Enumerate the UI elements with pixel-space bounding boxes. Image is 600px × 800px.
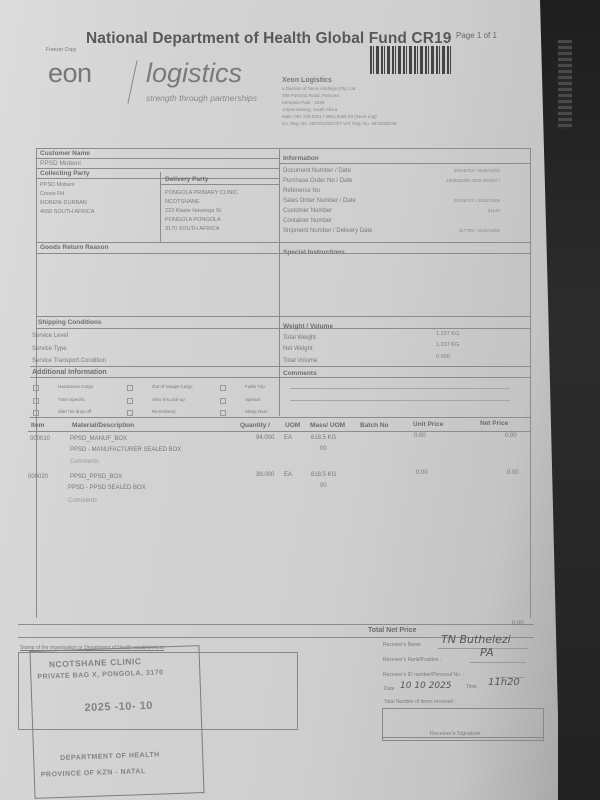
- info-label: Customer Number: [283, 208, 332, 214]
- info-label: Document Number / Date: [283, 168, 351, 174]
- item-comments: Comments: [70, 459, 99, 465]
- item-material: PPSD_PPSD_BOX: [70, 474, 122, 480]
- item-uom: EA: [284, 472, 292, 478]
- info-value: 317709 / 2025/10/08: [459, 228, 500, 233]
- receiver-rank-value: PA: [480, 646, 494, 659]
- item-unit-price: 0.00: [416, 470, 428, 476]
- delivery-note-document: National Department of Health Global Fun…: [0, 0, 558, 800]
- info-value: 40106747 / 2025/10/08: [454, 198, 500, 203]
- barcode: [370, 46, 453, 74]
- information-header: Information: [283, 155, 319, 162]
- item-mass-cont: 00: [320, 483, 327, 489]
- option-label: Hazardous Cargo: [58, 384, 93, 389]
- company-line: 308 Pomona Road, Pomona: [282, 92, 396, 99]
- receiver-rank-label: Receiver's Rank/Position :: [383, 657, 441, 663]
- column-header-unit-price: Unit Price: [413, 421, 443, 428]
- page-indicator: Page 1 of 1: [456, 31, 497, 40]
- checkbox-sleep-over[interactable]: [220, 410, 226, 416]
- weight-value: 1.237 KG: [436, 342, 459, 348]
- item-uom: EA: [284, 435, 292, 441]
- logo-tagline: strength through partnerships: [146, 93, 257, 103]
- shipping-label: Service Type: [32, 346, 67, 352]
- receiver-rank-field[interactable]: [470, 662, 526, 663]
- delivery-party-line: PONGOLA PRIMARY CLINIC: [165, 190, 238, 196]
- weight-value: 0.000: [436, 354, 450, 360]
- divider: [36, 178, 279, 179]
- weight-label: Total Weight: [283, 335, 316, 341]
- collecting-party-line: MOBENI-DURBAN: [40, 200, 87, 206]
- date-value: 10 10 2025: [400, 681, 452, 691]
- divider: [36, 316, 530, 317]
- item-quantity: 94.000: [256, 435, 274, 441]
- goods-return-reason-header: Goods Return Reason: [40, 244, 109, 251]
- info-label: Sales Order Number / Date: [283, 198, 356, 204]
- stamp-line: DEPARTMENT OF HEALTH: [60, 752, 160, 762]
- checkbox-special[interactable]: [220, 398, 226, 404]
- items-received-label: Total Number of items received :: [384, 699, 456, 705]
- option-label: Out of Gauge Cargo: [152, 384, 193, 389]
- divider: [36, 148, 530, 149]
- checkbox-re-delivery[interactable]: [127, 410, 133, 416]
- weight-value: 1.237 KG: [436, 331, 459, 337]
- delivery-party-header: Delivery Party: [165, 176, 208, 183]
- company-line: Co. Reg. No. 2007/012037/07 VAT Reg. No.…: [282, 120, 396, 127]
- company-name: Xeon Logistics: [282, 76, 396, 85]
- copy-label: Freezer Copy: [46, 47, 76, 53]
- weight-label: Total Volume: [283, 358, 317, 364]
- info-value: 80116723 / 2025/10/03: [454, 168, 500, 173]
- collecting-party-line: 4060 SOUTH AFRICA: [40, 209, 94, 215]
- delivery-party-line: 3170 SOUTH AFRICA: [165, 226, 219, 232]
- item-net-price: 0.00: [507, 470, 519, 476]
- divider: [160, 184, 279, 185]
- divider: [36, 148, 37, 618]
- column-header-batch: Batch No: [360, 422, 389, 429]
- info-label: Shipment Number / Delivery Date: [283, 228, 372, 234]
- divider: [28, 431, 530, 432]
- delivery-party-line: PONGOLA PONGOLA: [165, 217, 221, 223]
- logo-text: eon: [48, 58, 92, 89]
- comments-header: Comments: [283, 370, 317, 377]
- item-mass-cont: 00: [320, 446, 327, 452]
- time-value: 11h20: [488, 677, 520, 688]
- checkbox-out-of-gauge-cargo[interactable]: [127, 385, 133, 391]
- stamp-line: 2025 -10- 10: [84, 700, 153, 714]
- info-value: 1005535/59 2025 /08/087 /: [446, 178, 500, 183]
- checkbox-time-specific[interactable]: [33, 398, 39, 404]
- item-number: 000020: [28, 474, 48, 480]
- weight-volume-header: Weight / Volume: [283, 323, 333, 330]
- delivery-party-line: NCOTSHANE: [165, 199, 200, 205]
- divider: [279, 148, 280, 416]
- item-unit-price: 0.00: [414, 433, 426, 439]
- shipping-label: Service Transport Condition: [32, 358, 106, 364]
- delivery-party-line: 223 Klasie Havenga St: [165, 208, 221, 214]
- item-material: PPSD_MANUF_BOX: [70, 436, 127, 442]
- divider: [530, 148, 531, 618]
- divider: [279, 163, 530, 164]
- receiver-name-value: TN Buthelezi: [441, 633, 511, 646]
- option-label: After hrs pick-up: [152, 397, 185, 402]
- collecting-party-line: PPSD Mobeni: [40, 182, 75, 188]
- item-description: PPSD - MANUFACTURER SEALED BOX: [70, 447, 181, 453]
- time-label: Time: [466, 684, 477, 690]
- receiver-signature-label: Receiver's Signature: [430, 731, 481, 737]
- divider: [18, 624, 534, 625]
- logo-divider: [127, 60, 137, 103]
- option-label: after hrs drop-off: [58, 409, 91, 414]
- company-line: Kempton Park - 1629: [282, 99, 396, 106]
- info-label: Purchase Order No / Date: [283, 178, 352, 184]
- divider: [36, 168, 279, 169]
- total-net-price-value: 0.00: [512, 621, 524, 627]
- customer-name-value: PPSD Mobeni: [40, 160, 81, 167]
- stamp-line: PROVINCE OF KZN - NATAL: [41, 768, 146, 779]
- checkbox-hazardous-cargo[interactable]: [33, 385, 39, 391]
- divider: [30, 366, 530, 367]
- date-label: Date: [384, 686, 395, 692]
- info-value: 51140: [488, 208, 500, 213]
- collecting-party-line: Crews Rd: [40, 191, 64, 197]
- logo-subtext: logistics: [146, 58, 242, 89]
- company-line: Johannesburg, South Africa: [282, 106, 396, 113]
- additional-information-header: Additional Information: [32, 369, 107, 376]
- option-label: Re-Delivery: [152, 409, 176, 414]
- divider: [36, 242, 530, 243]
- info-label: Reference No: [283, 188, 320, 194]
- column-header-quantity: Quantity /: [240, 422, 270, 429]
- divider: [30, 377, 530, 378]
- stamp-line: NCOTSHANE CLINIC: [49, 656, 142, 669]
- item-comments: Comments: [68, 498, 97, 504]
- checkbox-after-hrs-pickup[interactable]: [127, 398, 133, 404]
- item-mass: 618.5 KG: [311, 435, 336, 441]
- divider: [160, 172, 161, 242]
- item-description: PPSD - PPSD SEALED BOX: [68, 485, 146, 491]
- divider: [30, 417, 530, 418]
- item-net-price: 0.00: [505, 433, 517, 439]
- shipping-conditions-header: Shipping Conditions: [38, 319, 102, 326]
- clinic-stamp: NCOTSHANE CLINIC PRIVATE BAG X, PONGOLA,…: [29, 645, 204, 799]
- comment-line: [290, 388, 510, 389]
- stamp-line: PRIVATE BAG X, PONGOLA, 3170: [37, 669, 163, 680]
- item-mass: 618.5 KG: [311, 472, 336, 478]
- info-label: Container Number: [283, 218, 332, 224]
- column-header-mass: Mass/ UOM: [310, 422, 345, 429]
- column-header-material: Material/Description: [72, 422, 134, 429]
- item-quantity: 39.000: [256, 472, 274, 478]
- receiver-name-label: Receiver's Name: [383, 642, 421, 648]
- item-number: 000010: [30, 436, 50, 442]
- company-line: a Division of Xeon Holdings (Pty) Ltd: [282, 85, 396, 92]
- comment-line: [290, 400, 510, 401]
- option-label: Futile Trip: [245, 384, 265, 389]
- checkbox-futile-trip[interactable]: [220, 385, 226, 391]
- column-header-item: Item: [31, 422, 44, 429]
- divider: [36, 158, 279, 159]
- column-header-uom: UOM: [285, 422, 300, 429]
- shipping-label: Service Level: [32, 333, 68, 339]
- option-label: Sleep Over: [245, 409, 268, 414]
- company-line: Main: 087 230 0301 / 0861 9366 93 (Xeon …: [282, 113, 396, 120]
- total-net-price-label: Total Net Price: [368, 627, 417, 634]
- weight-label: Net Weight: [283, 346, 313, 352]
- column-header-net-price: Net Price: [480, 420, 508, 427]
- checkbox-after-hrs-dropoff[interactable]: [33, 410, 39, 416]
- option-label: Time Specific: [58, 397, 85, 402]
- background-object: [558, 40, 572, 130]
- option-label: Special: [245, 397, 260, 402]
- receiver-id-label: Receiver's ID number/Personal No. :: [383, 672, 464, 678]
- company-address: Xeon Logistics a Division of Xeon Holdin…: [282, 76, 396, 127]
- customer-name-header: Customer Name: [40, 150, 90, 157]
- collecting-party-header: Collecting Party: [40, 170, 89, 177]
- divider: [36, 253, 530, 254]
